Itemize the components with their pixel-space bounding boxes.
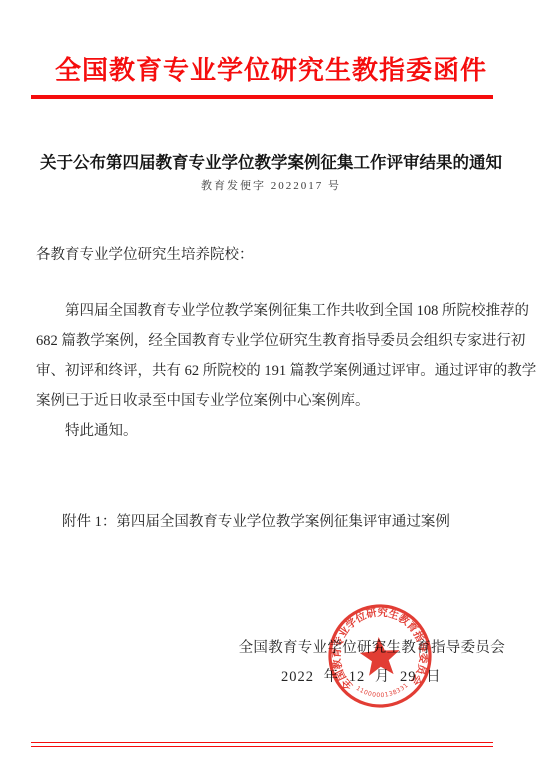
letterhead-divider xyxy=(31,95,493,99)
attachment-line: 附件 1：第四届全国教育专业学位教学案例征集评审通过案例 xyxy=(62,510,450,531)
notice-title: 关于公布第四届教育专业学位教学案例征集工作评审结果的通知 xyxy=(20,149,522,173)
document-number: 教育发便字 2022017 号 xyxy=(0,177,542,193)
body-paragraph-line-3: 审、初评和终评，共有 62 所院校的 191 篇教学案例通过评审。通过评审的教学 xyxy=(36,356,504,386)
seal-serial-number: 1100000138331 xyxy=(354,681,410,700)
body-paragraph-line-4: 案例已于近日收录至中国专业学位案例中心案例库。 xyxy=(36,386,504,416)
body-paragraph-line-1: 第四届全国教育专业学位教学案例征集工作共收到全国 108 所院校推荐的 xyxy=(36,296,504,326)
svg-text:1100000138331: 1100000138331 xyxy=(354,681,410,700)
star-icon xyxy=(359,636,402,677)
body-paragraph: 第四届全国教育专业学位教学案例征集工作共收到全国 108 所院校推荐的 682 … xyxy=(36,296,504,446)
official-seal: 全国教育专业学位研究生教育指导委员会 1100000138331 xyxy=(321,597,438,714)
document-page: 全国教育专业学位研究生教指委函件 关于公布第四届教育专业学位教学案例征集工作评审… xyxy=(0,0,542,772)
salutation-line: 各教育专业学位研究生培养院校： xyxy=(36,243,254,264)
letterhead-title: 全国教育专业学位研究生教指委函件 xyxy=(0,50,542,87)
footer-divider xyxy=(31,742,493,747)
closing-line: 特此通知。 xyxy=(36,416,504,446)
body-paragraph-line-2: 682 篇教学案例，经全国教育专业学位研究生教育指导委员会组织专家进行初 xyxy=(36,326,504,356)
